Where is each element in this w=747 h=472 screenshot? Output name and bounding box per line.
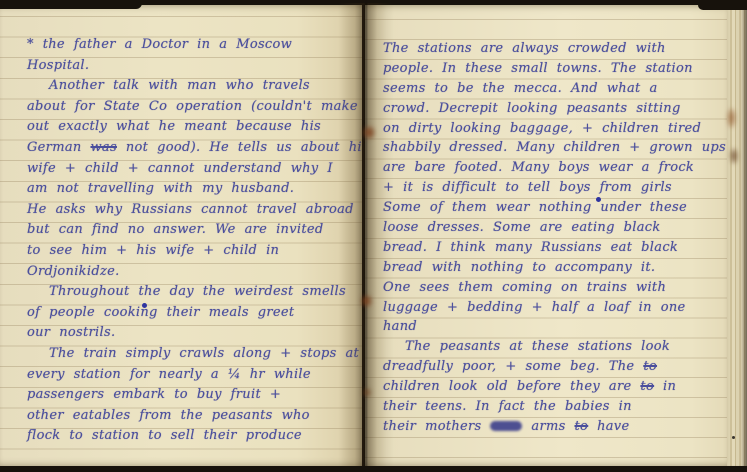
handwriting-text: out exactly what he meant because his	[27, 119, 321, 134]
handwriting-text: hand	[383, 319, 417, 334]
handwritten-line: people. In these small towns. The statio…	[383, 59, 727, 79]
handwriting-text: Some of them wear nothing under these	[383, 200, 687, 215]
handwritten-line: passengers embark to buy fruit +	[27, 385, 360, 406]
notebook-spread: * the father a Doctor in a MoscowHospita…	[0, 0, 747, 472]
handwritten-line: seems to be the mecca. And what a	[383, 79, 727, 99]
handwritten-line: their teens. In fact the babies in	[383, 397, 727, 417]
handwriting-text: One sees them coming on trains with	[383, 280, 666, 295]
handwriting-text: of people cooking their meals greet	[27, 305, 294, 320]
handwritten-line: luggage + bedding + half a loaf in one	[383, 298, 727, 318]
handwritten-line: shabbily dressed. Many children + grown …	[383, 138, 727, 158]
handwritten-line: * the father a Doctor in a Moscow	[27, 35, 360, 56]
handwriting-text: Ordjonikidze.	[27, 264, 120, 279]
handwritten-line: am not travelling with my husband.	[27, 179, 360, 200]
handwritten-line: every station for nearly a ¼ hr while	[27, 365, 360, 386]
page-stack-edge	[727, 3, 747, 469]
handwriting-text: am not travelling with my husband.	[27, 181, 294, 196]
handwritten-line: crowd. Decrepit looking peasants sitting	[383, 99, 727, 119]
handwritten-line: Another talk with man who travels	[27, 76, 360, 97]
handwritten-line: their mothers arms to have	[383, 417, 727, 437]
left-page: * the father a Doctor in a MoscowHospita…	[0, 5, 362, 466]
handwriting-text: crowd. Decrepit looking peasants sitting	[383, 101, 681, 116]
handwritten-line: The peasants at these stations look	[383, 337, 727, 357]
handwritten-line: + it is difficult to tell boys from girl…	[383, 178, 727, 198]
handwritten-line: wife + child + cannot understand why I	[27, 159, 360, 180]
handwriting-text: flock to station to sell their produce	[27, 428, 302, 443]
cover-edge	[0, 0, 142, 9]
handwriting-text: on dirty looking baggage, + children tir…	[383, 121, 701, 136]
struck-text: to	[643, 359, 657, 374]
handwriting-text: * the father a Doctor in a Moscow	[27, 37, 292, 52]
handwritten-line: One sees them coming on trains with	[383, 278, 727, 298]
cover-edge	[698, 0, 747, 10]
handwritten-line: to see him + his wife + child in	[27, 241, 360, 262]
handwriting-text: people. In these small towns. The statio…	[383, 61, 693, 76]
cover-edge	[0, 466, 747, 472]
handwriting-text: are bare footed. Many boys wear a frock	[383, 160, 694, 175]
handwritten-line: of people cooking their meals greet	[27, 303, 360, 324]
handwriting-text: their mothers	[383, 419, 490, 434]
handwriting-text: bread with nothing to accompany it.	[383, 260, 655, 275]
handwriting-text: The stations are always crowded with	[383, 41, 666, 56]
struck-text: was	[90, 140, 116, 155]
handwriting-text: children look old before they are	[383, 379, 640, 394]
handwritten-line: bread. I think many Russians eat black	[383, 238, 727, 258]
handwriting-text: dreadfully poor, + some beg. The	[383, 359, 643, 374]
struck-text: to	[640, 379, 654, 394]
handwriting-text: Throughout the day the weirdest smells	[49, 284, 346, 299]
handwritten-line: dreadfully poor, + some beg. The to	[383, 357, 727, 377]
handwriting-text: other eatables from the peasants who	[27, 408, 310, 423]
handwriting-text: loose dresses. Some are eating black	[383, 220, 661, 235]
ink-blot	[596, 197, 601, 202]
handwritten-line: Ordjonikidze.	[27, 262, 360, 283]
handwriting-text: arms	[522, 419, 574, 434]
handwritten-line: flock to station to sell their produce	[27, 426, 360, 447]
handwritten-line: on dirty looking baggage, + children tir…	[383, 119, 727, 139]
handwriting-text: but can find no answer. We are invited	[27, 222, 323, 237]
struck-text: to	[575, 419, 589, 434]
handwriting-text: our nostrils.	[27, 325, 115, 340]
handwriting-text: seems to be the mecca. And what a	[383, 81, 658, 96]
handwriting-text: + it is difficult to tell boys from girl…	[383, 180, 672, 195]
handwriting-text: The peasants at these stations look	[405, 339, 670, 354]
pen-mark	[732, 436, 735, 439]
handwriting-text: Another talk with man who travels	[49, 78, 310, 93]
handwritten-line: our nostrils.	[27, 323, 360, 344]
right-page-text: The stations are always crowded withpeop…	[383, 39, 727, 437]
handwritten-line: but can find no answer. We are invited	[27, 220, 360, 241]
left-page-text: * the father a Doctor in a MoscowHospita…	[27, 35, 360, 447]
handwritten-line: about for State Co operation (couldn't m…	[27, 97, 360, 118]
handwriting-text: their teens. In fact the babies in	[383, 399, 632, 414]
handwritten-line: loose dresses. Some are eating black	[383, 218, 727, 238]
handwritten-line: The train simply crawls along + stops at	[27, 344, 360, 365]
handwritten-line: children look old before they are to in	[383, 377, 727, 397]
handwritten-line: hand	[383, 317, 727, 337]
handwriting-text: The train simply crawls along + stops at	[49, 346, 359, 361]
handwriting-text: every station for nearly a ¼ hr while	[27, 367, 311, 382]
handwritten-line: Throughout the day the weirdest smells	[27, 282, 360, 303]
right-page: The stations are always crowded withpeop…	[365, 5, 727, 466]
handwritten-line: The stations are always crowded with	[383, 39, 727, 59]
handwritten-line: He asks why Russians cannot travel abroa…	[27, 200, 360, 221]
handwriting-text: to see him + his wife + child in	[27, 243, 279, 258]
handwritten-line: bread with nothing to accompany it.	[383, 258, 727, 278]
handwriting-text: German	[27, 140, 90, 155]
handwriting-text: luggage + bedding + half a loaf in one	[383, 300, 686, 315]
handwriting-text: He asks why Russians cannot travel abroa…	[27, 202, 354, 217]
handwriting-text: Hospital.	[27, 58, 89, 73]
handwriting-text: shabbily dressed. Many children + grown …	[383, 140, 726, 155]
handwriting-text: bread. I think many Russians eat black	[383, 240, 678, 255]
ink-blot	[142, 303, 147, 308]
handwriting-text: not good). He tells us about his	[117, 140, 362, 155]
handwritten-line: Some of them wear nothing under these	[383, 198, 727, 218]
handwritten-line: are bare footed. Many boys wear a frock	[383, 158, 727, 178]
handwritten-line: out exactly what he meant because his	[27, 117, 360, 138]
handwritten-line: German was not good). He tells us about …	[27, 138, 360, 159]
handwriting-text: wife + child + cannot understand why I	[27, 161, 333, 176]
handwriting-text: have	[588, 419, 629, 434]
handwritten-line: Hospital.	[27, 56, 360, 77]
handwritten-line: other eatables from the peasants who	[27, 406, 360, 427]
handwriting-text: about for State Co operation (couldn't m…	[27, 99, 358, 114]
scribbled-out-word	[490, 421, 522, 431]
handwriting-text: in	[654, 379, 676, 394]
handwriting-text: passengers embark to buy fruit +	[27, 387, 281, 402]
